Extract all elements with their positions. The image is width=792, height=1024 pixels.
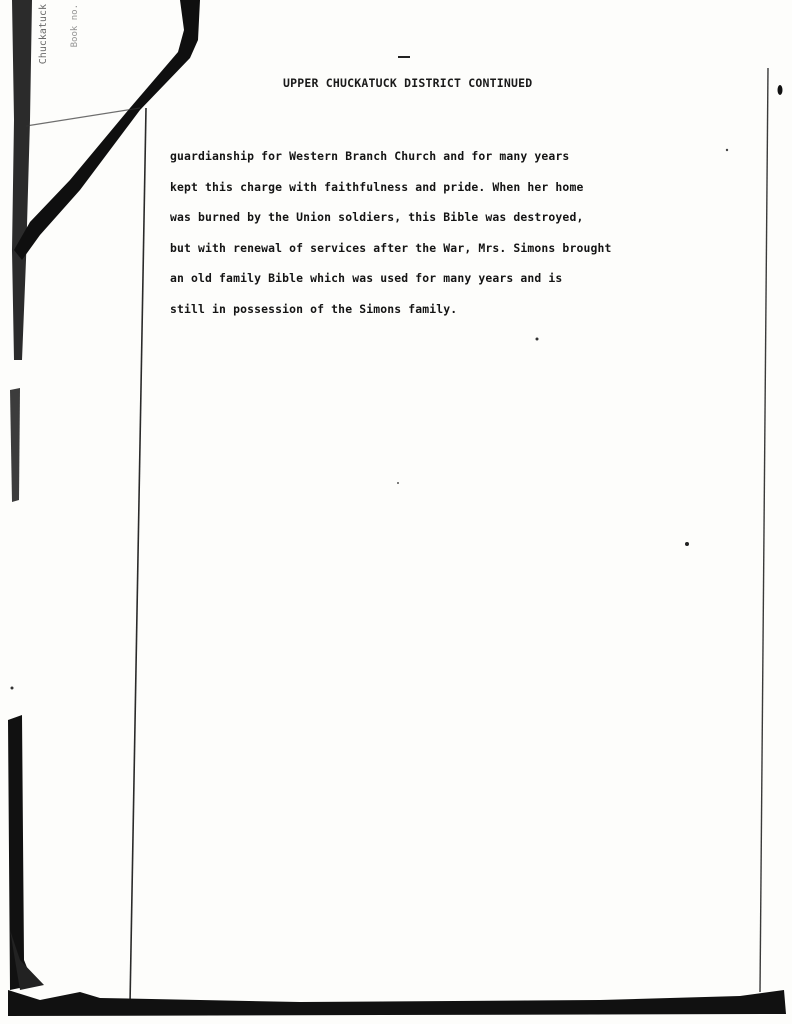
text-line: an old family Bible which was used for m…	[170, 263, 770, 294]
text-line: still in possession of the Simons family…	[170, 294, 770, 325]
text-line: kept this charge with faithfulness and p…	[170, 172, 770, 203]
text-line: was burned by the Union soldiers, this B…	[170, 202, 770, 233]
page-left-border	[130, 108, 146, 1004]
text-line: guardianship for Western Branch Church a…	[170, 141, 770, 172]
ink-speck	[11, 687, 14, 690]
binding-edge-top	[12, 0, 32, 360]
top-dash-mark	[398, 56, 410, 58]
body-paragraph: guardianship for Western Branch Church a…	[170, 141, 770, 324]
ink-speck	[778, 85, 783, 95]
bottom-edge	[8, 990, 786, 1016]
margin-note-chuckatuck: Chuckatuck	[38, 4, 49, 64]
text-line: but with renewal of services after the W…	[170, 233, 770, 264]
ink-speck	[397, 482, 399, 484]
page-heading: UPPER CHUCKATUCK DISTRICT CONTINUED	[283, 76, 532, 90]
ink-speck	[685, 542, 689, 546]
binding-edge-low	[8, 715, 34, 990]
margin-note-book: Book no.	[70, 4, 80, 47]
ink-speck	[536, 338, 539, 341]
binding-edge-mid	[10, 388, 20, 502]
